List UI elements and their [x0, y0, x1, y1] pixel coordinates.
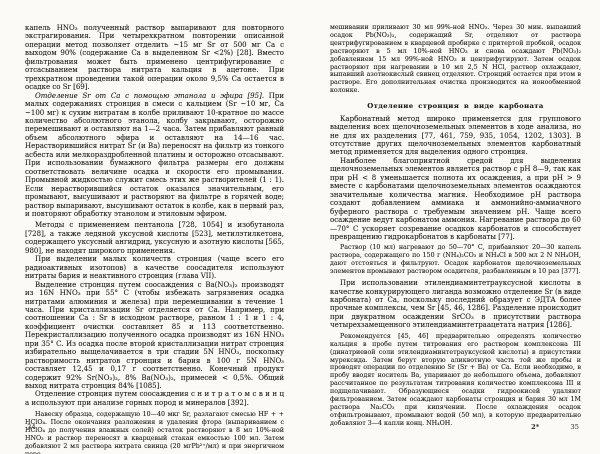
paragraph-text: При малых содержаниях стронция в смеси с…	[25, 92, 284, 218]
paragraph-ph-conditions: Наиболее благоприятной средой для выделе…	[330, 157, 581, 242]
scanned-book-spread: { "left": { "p1": "капель HNO₃ полученны…	[0, 0, 600, 454]
paragraph-continuation-petit: мешивании приливают 30 мл 99%-ной HNO₃. …	[330, 24, 581, 95]
paragraph-lead-nitrate: Отделение стронция путем соосаждения с н…	[25, 390, 284, 407]
page-footer-right: 2* 35	[330, 422, 581, 432]
paragraph-coprecipitation-intro: При выделении малых количеств стронция (…	[25, 255, 284, 280]
paragraph-edta-separation: При использовании этилендиаминтетрауксус…	[330, 279, 581, 330]
paragraph-continuation: капель HNO₃ полученный раствор выпариваю…	[25, 24, 284, 92]
paragraph-solution-procedure-petit: Раствор (10 мл) нагревают до 50—70° C, п…	[330, 244, 581, 276]
page-number: 35	[570, 422, 579, 432]
paragraph-ethanol-ether-method: Отделение Sr от Ca с помощью этанола и э…	[25, 92, 284, 219]
paragraph-recommendation-petit: Рекомендуется [45, 46] предварительно оп…	[330, 333, 581, 428]
page-number: 34	[27, 422, 36, 432]
paragraph-italic-lead: Отделение Sr от Ca с помощью этанола и э…	[35, 92, 264, 100]
page-footer-left: 34	[25, 422, 284, 432]
book-page-right: мешивании приливают 30 мл 99%-ной HNO₃. …	[330, 24, 581, 434]
paragraph-other-methods: Методы с применением пентанола [728, 105…	[25, 221, 284, 255]
paragraph-barium-nitrate-procedure: Выделение стронция путем соосаждения с B…	[25, 281, 284, 391]
signature-mark: 2*	[531, 422, 539, 432]
paragraph-sample-procedure-petit: Навеску образца, содержащую 10—40 мкг Sr…	[25, 411, 284, 454]
book-page-left: капель HNO₃ полученный раствор выпариваю…	[25, 24, 284, 434]
paragraph-carbonate-method: Карбонатный метод широко применяется для…	[330, 115, 581, 157]
section-heading: Отделение стронция в виде карбоната	[330, 102, 581, 111]
